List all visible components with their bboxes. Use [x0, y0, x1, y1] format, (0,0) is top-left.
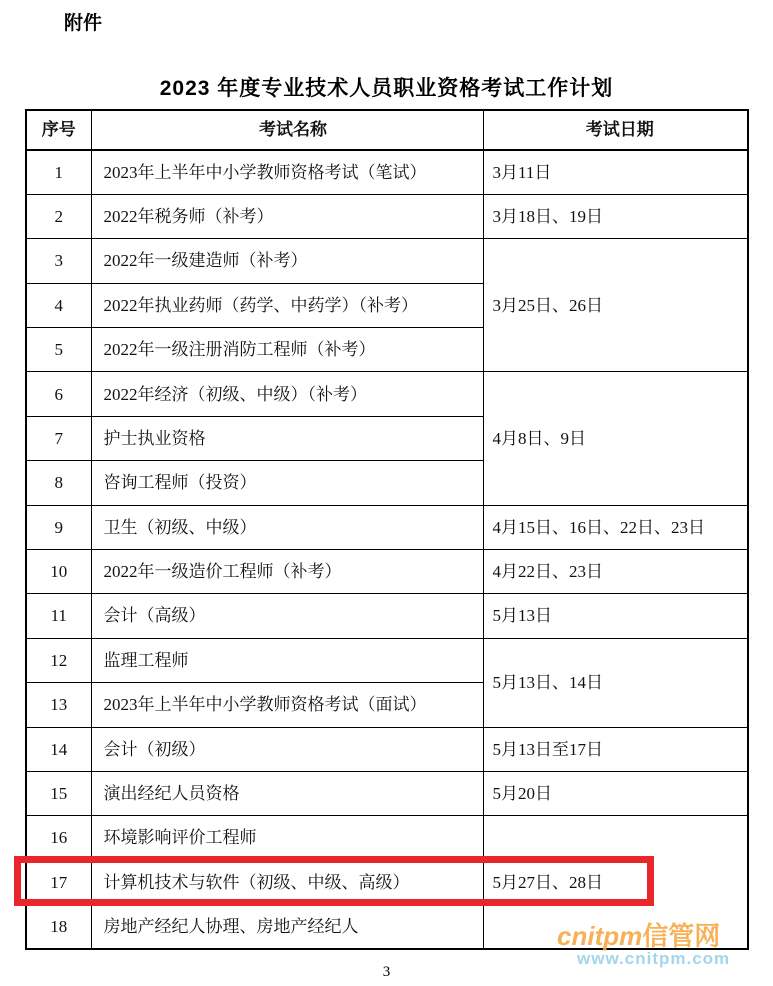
row-index-cell: 14 — [26, 727, 91, 771]
table-row: 102022年一级造价工程师（补考）4月22日、23日 — [26, 550, 748, 594]
header-index: 序号 — [26, 110, 91, 150]
exam-name-cell: 监理工程师 — [91, 638, 483, 682]
exam-name-cell: 卫生（初级、中级） — [91, 505, 483, 549]
exam-date-cell: 4月8日、9日 — [483, 372, 748, 505]
table-row: 62022年经济（初级、中级）（补考）4月8日、9日 — [26, 372, 748, 416]
exam-date-cell: 5月20日 — [483, 771, 748, 815]
table-row: 12023年上半年中小学教师资格考试（笔试）3月11日 — [26, 150, 748, 194]
row-index-cell: 13 — [26, 683, 91, 727]
exam-name-cell: 护士执业资格 — [91, 416, 483, 460]
row-index-cell: 5 — [26, 328, 91, 372]
exam-name-cell: 会计（高级） — [91, 594, 483, 638]
exam-name-cell: 2022年经济（初级、中级）（补考） — [91, 372, 483, 416]
watermark-brand-suffix: 信管网 — [642, 921, 720, 951]
row-index-cell: 18 — [26, 905, 91, 949]
row-index-cell: 15 — [26, 771, 91, 815]
exam-schedule-table: 序号 考试名称 考试日期 12023年上半年中小学教师资格考试（笔试）3月11日… — [25, 109, 749, 950]
table-row: 22022年税务师（补考）3月18日、19日 — [26, 194, 748, 238]
table-row: 11会计（高级）5月13日 — [26, 594, 748, 638]
table-header-row: 序号 考试名称 考试日期 — [26, 110, 748, 150]
watermark-logo: cnitpm信管网 — [557, 923, 720, 949]
exam-name-cell: 会计（初级） — [91, 727, 483, 771]
exam-date-cell: 5月13日 — [483, 594, 748, 638]
exam-date-cell: 5月13日、14日 — [483, 638, 748, 727]
row-index-cell: 11 — [26, 594, 91, 638]
header-exam-date: 考试日期 — [483, 110, 748, 150]
page-title: 2023 年度专业技术人员职业资格考试工作计划 — [0, 72, 773, 102]
row-index-cell: 4 — [26, 283, 91, 327]
exam-name-cell: 2023年上半年中小学教师资格考试（面试） — [91, 683, 483, 727]
document-page: 附件 2023 年度专业技术人员职业资格考试工作计划 序号 考试名称 考试日期 … — [0, 0, 773, 986]
table-header: 序号 考试名称 考试日期 — [26, 110, 748, 150]
exam-date-cell: 3月25日、26日 — [483, 239, 748, 372]
exam-date-cell: 4月22日、23日 — [483, 550, 748, 594]
row-index-cell: 6 — [26, 372, 91, 416]
exam-date-cell: 3月11日 — [483, 150, 748, 194]
table-row: 16环境影响评价工程师5月27日、28日 — [26, 816, 748, 860]
exam-name-cell: 房地产经纪人协理、房地产经纪人 — [91, 905, 483, 949]
row-index-cell: 12 — [26, 638, 91, 682]
row-index-cell: 1 — [26, 150, 91, 194]
row-index-cell: 7 — [26, 416, 91, 460]
table-row: 32022年一级建造师（补考）3月25日、26日 — [26, 239, 748, 283]
exam-date-cell: 4月15日、16日、22日、23日 — [483, 505, 748, 549]
exam-name-cell: 计算机技术与软件（初级、中级、高级） — [91, 860, 483, 904]
row-index-cell: 16 — [26, 816, 91, 860]
exam-name-cell: 2022年一级造价工程师（补考） — [91, 550, 483, 594]
table-row: 9卫生（初级、中级）4月15日、16日、22日、23日 — [26, 505, 748, 549]
row-index-cell: 10 — [26, 550, 91, 594]
exam-name-cell: 2022年一级建造师（补考） — [91, 239, 483, 283]
row-index-cell: 9 — [26, 505, 91, 549]
attachment-label: 附件 — [64, 8, 102, 35]
watermark-url: www.cnitpm.com — [577, 950, 730, 967]
table-row: 14会计（初级）5月13日至17日 — [26, 727, 748, 771]
row-index-cell: 17 — [26, 860, 91, 904]
exam-name-cell: 2022年一级注册消防工程师（补考） — [91, 328, 483, 372]
row-index-cell: 3 — [26, 239, 91, 283]
exam-table-body: 12023年上半年中小学教师资格考试（笔试）3月11日22022年税务师（补考）… — [26, 150, 748, 949]
exam-name-cell: 咨询工程师（投资） — [91, 461, 483, 505]
row-index-cell: 2 — [26, 194, 91, 238]
watermark-brand-text: cnitpm — [557, 921, 642, 951]
exam-name-cell: 环境影响评价工程师 — [91, 816, 483, 860]
exam-date-cell: 3月18日、19日 — [483, 194, 748, 238]
exam-name-cell: 演出经纪人员资格 — [91, 771, 483, 815]
header-exam-name: 考试名称 — [91, 110, 483, 150]
exam-date-cell: 5月13日至17日 — [483, 727, 748, 771]
row-index-cell: 8 — [26, 461, 91, 505]
exam-name-cell: 2022年税务师（补考） — [91, 194, 483, 238]
table-row: 15演出经纪人员资格5月20日 — [26, 771, 748, 815]
exam-name-cell: 2022年执业药师（药学、中药学）（补考） — [91, 283, 483, 327]
table-row: 12监理工程师5月13日、14日 — [26, 638, 748, 682]
exam-name-cell: 2023年上半年中小学教师资格考试（笔试） — [91, 150, 483, 194]
